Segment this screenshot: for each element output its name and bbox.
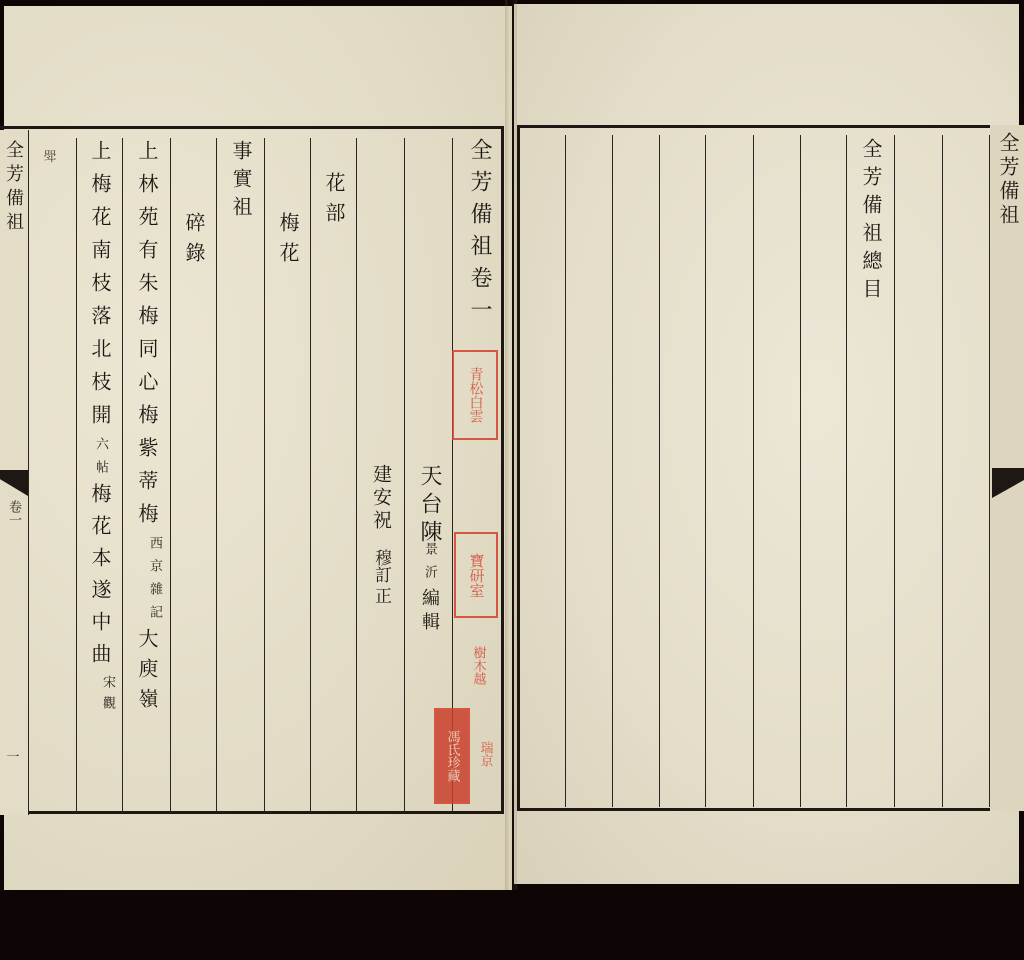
seal-stamp: 樹木越 xyxy=(456,636,500,694)
book-gutter xyxy=(505,0,517,890)
column-rule xyxy=(216,138,217,812)
spine-title: 全芳備祖 xyxy=(0,140,26,236)
entry-text: 上梅花南枝落北枝開 六帖 梅花本遂中曲 宋觀 xyxy=(78,140,122,717)
column-rule xyxy=(76,138,77,812)
compiler-credit: 天台 陳 景沂 編輯 xyxy=(406,464,452,636)
corner-mark: 斝 xyxy=(38,146,62,170)
column-rule xyxy=(942,135,943,807)
column-rule xyxy=(264,138,265,812)
entry-text: 上林苑有朱梅同心梅紫蒂梅 西京雜記 大庾嶺 xyxy=(124,140,170,718)
column-rule xyxy=(753,135,754,807)
column-rule xyxy=(404,138,405,812)
column-rule xyxy=(659,135,660,807)
column-rule xyxy=(894,135,895,807)
seal-stamp: 瑞京 xyxy=(470,706,500,802)
seal-stamp: 馮氏珍藏 xyxy=(434,708,470,804)
editor-credit: 建安 祝 穆 訂正 xyxy=(358,464,404,608)
spine-title: 全芳備祖 xyxy=(992,132,1024,228)
column-rule xyxy=(612,135,613,807)
column-rule xyxy=(356,138,357,812)
column-rule xyxy=(565,135,566,807)
column-rule xyxy=(170,138,171,812)
right-page-border xyxy=(517,125,1024,811)
spine-volume: 卷一 xyxy=(0,500,26,526)
column-rule xyxy=(846,135,847,807)
column-rule xyxy=(122,138,123,812)
seal-stamp: 青松白雲 xyxy=(452,350,498,440)
column-rule xyxy=(705,135,706,807)
seal-stamp: 寶研室 xyxy=(454,532,498,618)
section-heading: 花部 xyxy=(312,172,356,232)
category-heading: 事實祖 xyxy=(218,140,264,224)
volume-title: 全芳備祖卷一 xyxy=(454,138,504,330)
column-rule xyxy=(28,138,29,812)
column-rule xyxy=(800,135,801,807)
subcategory-heading: 碎錄 xyxy=(172,212,216,272)
column-rule xyxy=(310,138,311,812)
contents-title: 全芳備祖總目 xyxy=(848,138,894,306)
subsection-heading: 梅花 xyxy=(266,212,310,272)
spine-page-number: 一 xyxy=(0,746,26,770)
